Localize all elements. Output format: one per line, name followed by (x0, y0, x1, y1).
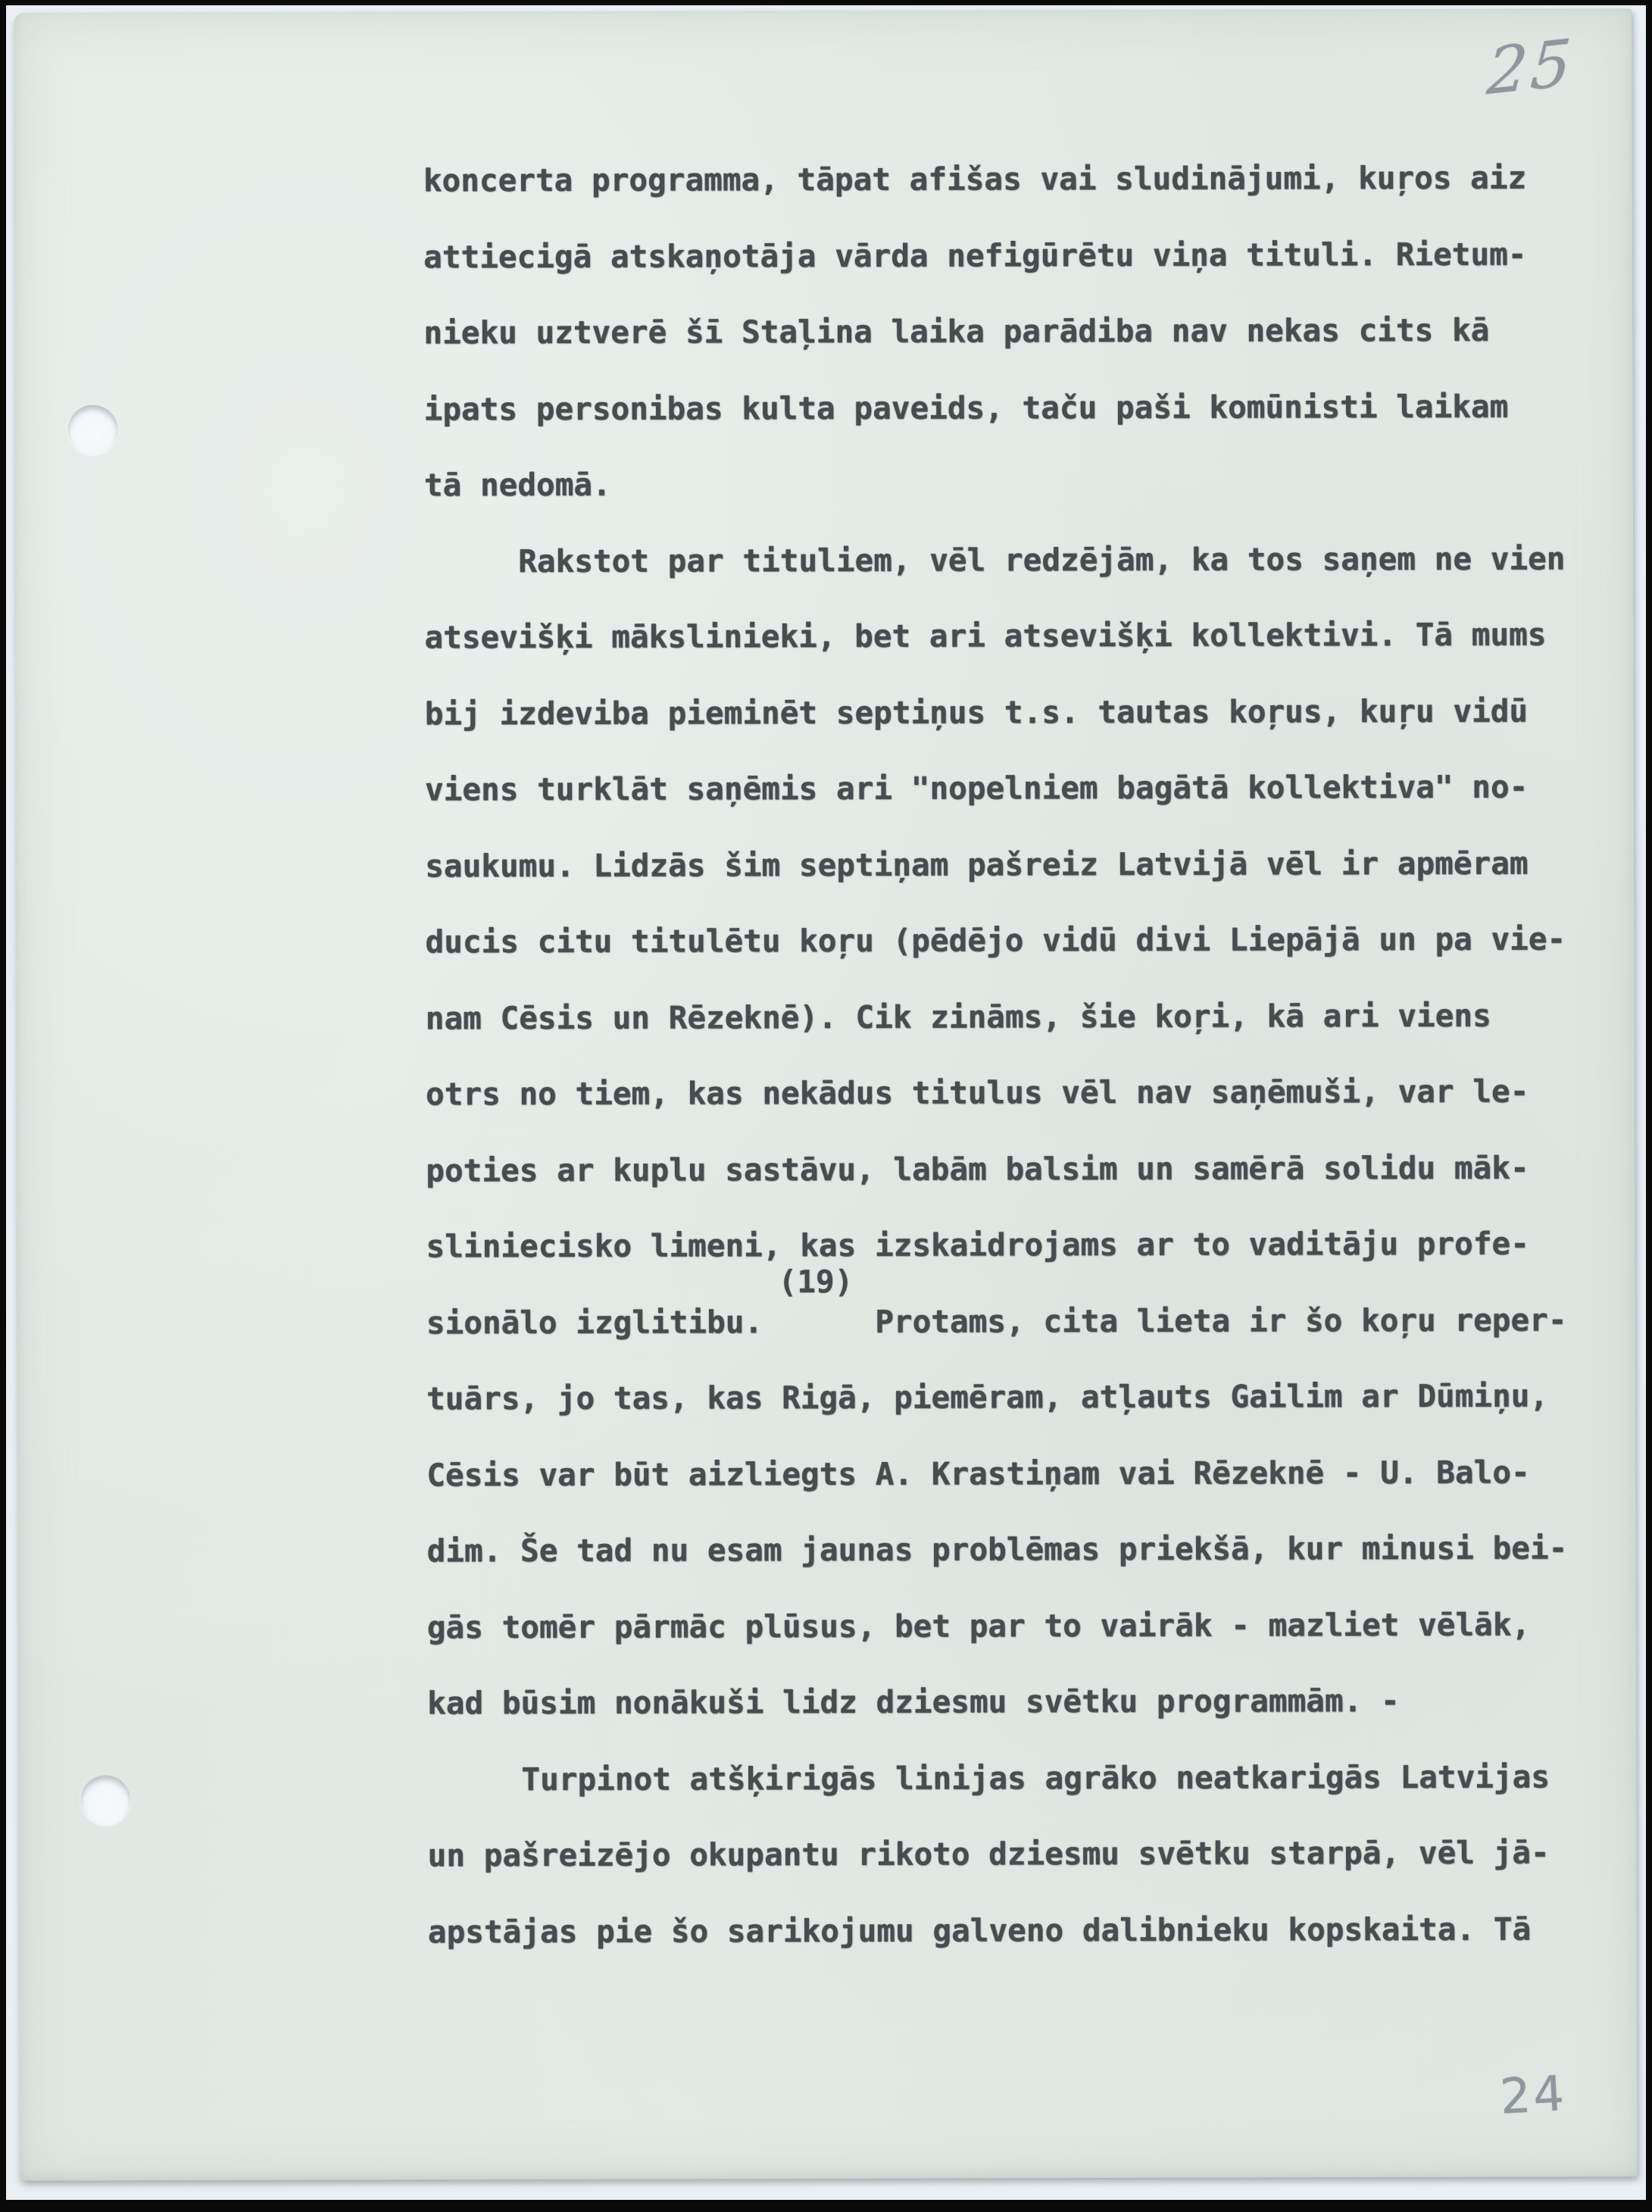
text-line: sionālo izglitibu. Protams, cita lieta i… (426, 1282, 1608, 1361)
text-line: kad būsim nonākuši lidz dziesmu svētku p… (427, 1662, 1609, 1742)
scan-border-frame: 25 koncerta programma, tāpat afišas vai … (0, 0, 1652, 2212)
footnote-reference-marker: (19) (779, 1264, 854, 1300)
text-line: tā nedomā. (424, 444, 1606, 523)
text-line: nam Cēsis un Rēzeknē). Cik zināms, šie k… (426, 977, 1607, 1057)
typewritten-text-block: koncerta programma, tāpat afišas vai slu… (423, 139, 1610, 1970)
text-line: ducis citu titulētu koŗu (pēdējo vidū di… (425, 901, 1607, 980)
text-line: gās tomēr pārmāc plūsus, bet par to vair… (427, 1586, 1609, 1666)
handwritten-page-number-bottom: 24 (1498, 2066, 1567, 2126)
text-line: ipats personibas kulta paveids, taču paš… (423, 368, 1605, 448)
typewritten-document-page: 25 koncerta programma, tāpat afišas vai … (14, 8, 1637, 2181)
text-line: Rakstot par tituliem, vēl redzējām, ka t… (424, 520, 1606, 600)
punch-hole-top (68, 405, 118, 455)
text-line: apstājas pie šo sarikojumu galveno dalib… (428, 1891, 1610, 1970)
text-line: nieku uztverē šī Staļina laika parādiba … (423, 292, 1605, 371)
text-line: saukumu. Lidzās šim septiņam pašreiz Lat… (425, 825, 1607, 904)
text-line: atsevišķi mākslinieki, bet ari atsevišķi… (424, 596, 1606, 676)
handwritten-page-number-top: 25 (1485, 25, 1576, 110)
text-line: sliniecisko limeni, kas izskaidrojams ar… (426, 1205, 1607, 1285)
text-line: otrs no tiem, kas nekādus titulus vēl na… (426, 1053, 1607, 1133)
punch-hole-bottom (80, 1775, 130, 1825)
text-line: bij izdeviba pieminēt septiņus t.s. taut… (425, 673, 1607, 752)
text-line: koncerta programma, tāpat afišas vai slu… (423, 139, 1605, 219)
text-line: Cēsis var būt aizliegts A. Krastiņam vai… (426, 1434, 1608, 1514)
text-line: un pašreizējo okupantu rikoto dziesmu sv… (427, 1814, 1609, 1894)
text-line: Turpinot atšķirigās linijas agrāko neatk… (427, 1739, 1609, 1818)
text-line: tuārs, jo tas, kas Rigā, piemēram, atļau… (426, 1358, 1608, 1437)
text-line: dim. Še tad nu esam jaunas problēmas pri… (426, 1510, 1608, 1589)
text-line: viens turklāt saņēmis ari "nopelniem bag… (425, 748, 1607, 828)
text-line: attiecigā atskaņotāja vārda nefigūrētu v… (423, 216, 1605, 295)
text-line: poties ar kuplu sastāvu, labām balsim un… (426, 1129, 1607, 1209)
